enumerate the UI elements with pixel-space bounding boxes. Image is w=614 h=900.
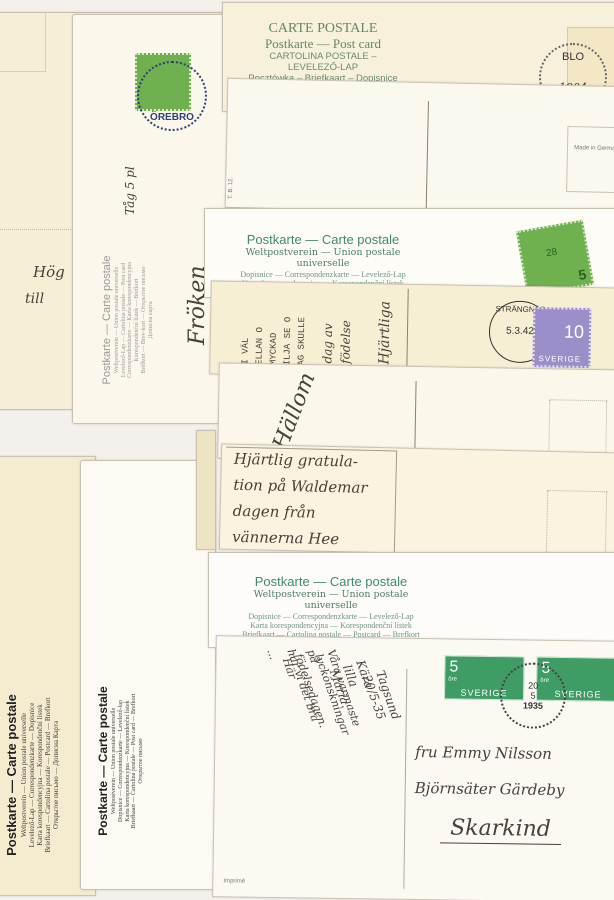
handwriting: Hällom xyxy=(268,369,320,453)
postcard-header: Postkarte — Carte postale Weltpostverein… xyxy=(231,575,431,639)
message-line: vännerna Hee xyxy=(232,528,339,548)
postcard-header: Postkarte — Carte postale Weltpostverein… xyxy=(101,240,155,400)
address-line: Björnsäter Gärdeby xyxy=(415,779,565,799)
postcard-skarkind: Tagsund 20/5-35 Kära lilla Maria. Våra v… xyxy=(212,635,614,900)
stamp-green: 5 28 xyxy=(516,220,594,297)
postcard-header: Postkarte — Carte postale Weltpostverein… xyxy=(97,661,145,861)
message-box: Hjärtlig gratula- tion på Waldemar dagen… xyxy=(224,447,397,556)
message-line: dag av xyxy=(320,323,335,364)
message-line: dagen från xyxy=(233,502,316,522)
message-line: födelse xyxy=(338,320,353,364)
postcard-waldemar: Hjärtlig gratula- tion på Waldemar dagen… xyxy=(219,443,614,558)
message-line: Hjärtlig gratula- xyxy=(234,450,358,471)
handwriting-date: Tåg 5 pl xyxy=(123,166,137,215)
imprint-label: Imprimé xyxy=(223,878,245,884)
stamp-box xyxy=(546,490,607,557)
address-line xyxy=(0,229,77,230)
made-in-germany-label: Made in Germany xyxy=(573,144,614,154)
postcard-strip xyxy=(196,430,216,550)
message-line: ... xyxy=(264,647,280,661)
handwriting: till xyxy=(25,291,44,307)
message-line: tion på Waldemar xyxy=(233,476,368,497)
postcard-header: Postkarte — Carte postale Weltpostverein… xyxy=(5,655,60,895)
postmark-orebro: ÖREBRO xyxy=(137,61,207,131)
divider xyxy=(426,101,429,211)
address-line: fru Emmy Nilsson xyxy=(415,743,552,763)
address-line: Skarkind xyxy=(440,815,561,845)
handwriting: Hög xyxy=(33,263,65,281)
stamp-box xyxy=(0,13,46,72)
stamp-box xyxy=(566,126,614,193)
divider xyxy=(403,669,407,889)
postcard-postkarte-2: Postkarte — Carte postale Weltpostverein… xyxy=(208,552,614,648)
message-area: Tagsund 20/5-35 Kära lilla Maria. Våra v… xyxy=(223,646,402,888)
message-line: Hjärtliga xyxy=(376,301,393,365)
side-code: T. B. 12. xyxy=(228,177,234,199)
stamp-violet: 10 SVERIGE xyxy=(532,307,591,368)
postmark-1935: 20 5 1935 xyxy=(500,662,567,729)
postcard-made-in-germany: Made in Germany T. B. 12. xyxy=(225,78,614,216)
